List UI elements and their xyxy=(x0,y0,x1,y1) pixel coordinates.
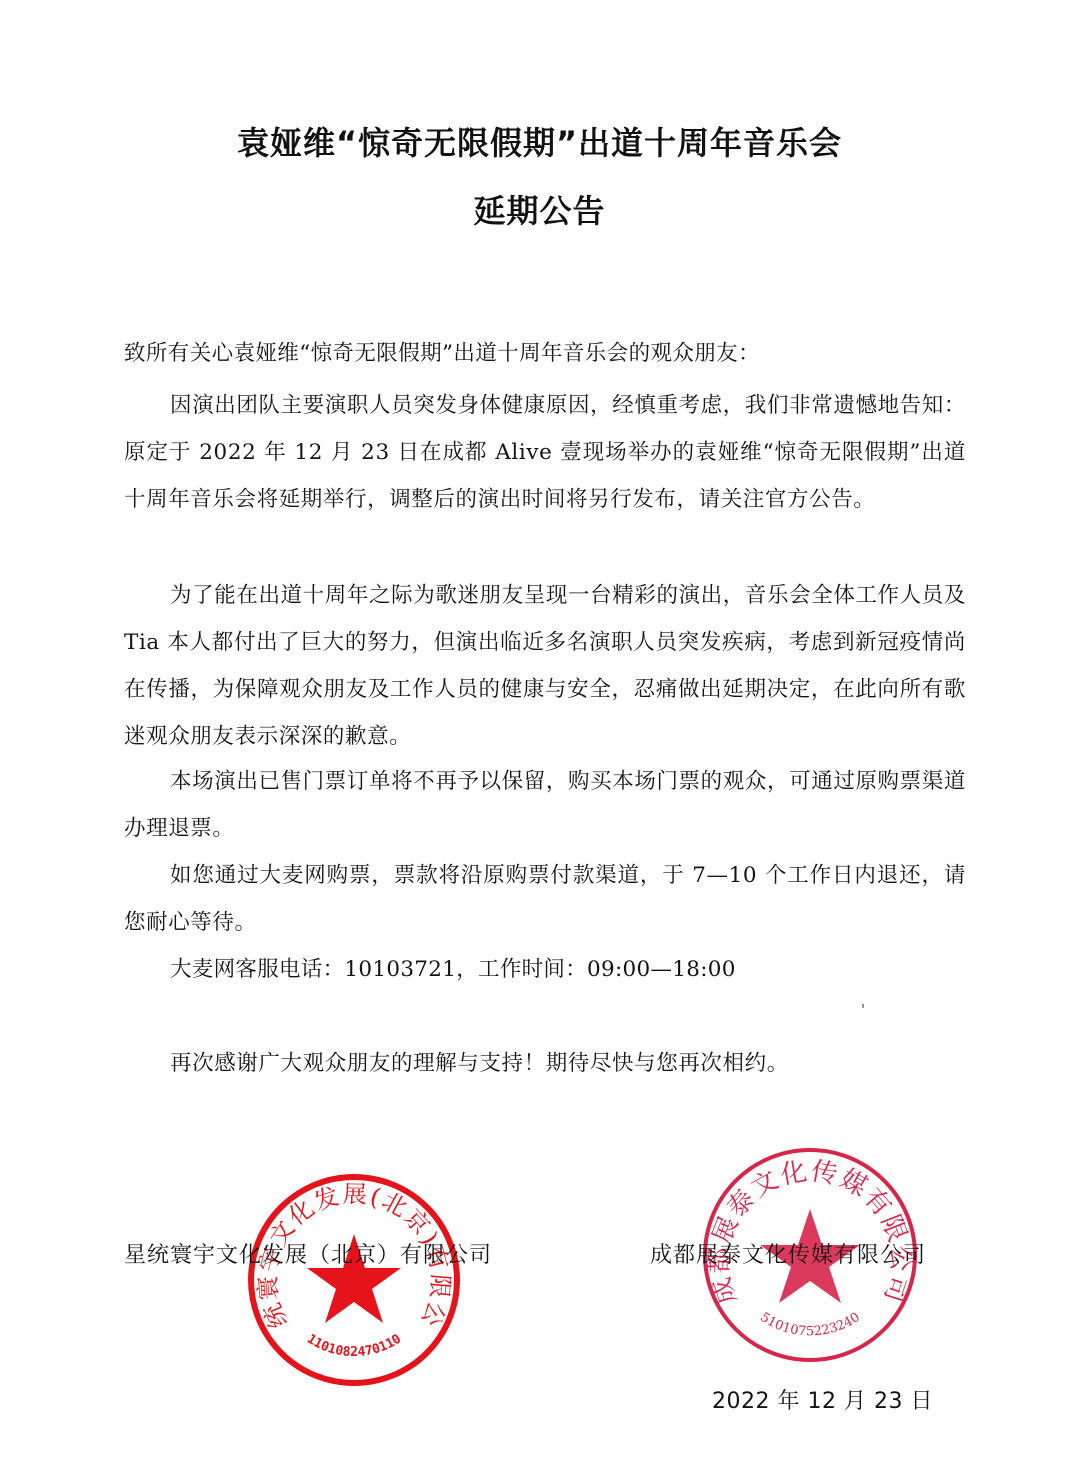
hotline-info: 大麦网客服电话：10103721，工作时间：09:00—18:00 xyxy=(170,952,736,983)
paragraph-text: 本场演出已售门票订单将不再予以保留，购买本场门票的观众，可通过原购票渠道办理退票… xyxy=(124,758,966,852)
announcement-page: 袁娅维“惊奇无限假期”出道十周年音乐会 延期公告 致所有关心袁娅维“惊奇无限假期… xyxy=(0,0,1079,1479)
paragraph-1: 因演出团队主要演职人员突发身体健康原因，经慎重考虑，我们非常遗憾地告知：原定于 … xyxy=(124,382,966,523)
paragraph-4: 如您通过大麦网购票，票款将沿原购票付款渠道，于 7—10 个工作日内退还，请您耐… xyxy=(124,852,966,946)
paragraph-text: 为了能在出道十周年之际为歌迷朋友呈现一台精彩的演出，音乐会全体工作人员及 Tia… xyxy=(124,572,966,760)
svg-text:5101075223240: 5101075223240 xyxy=(757,1310,862,1339)
scan-speck xyxy=(862,1004,864,1008)
paragraph-text: 因演出团队主要演职人员突发身体健康原因，经慎重考虑，我们非常遗憾地告知：原定于 … xyxy=(124,382,966,523)
svg-text:1101082470110: 1101082470110 xyxy=(304,1332,404,1361)
company-seal-1: 星统寰宇文化发展(北京)有限公司 1101082470110 xyxy=(246,1172,462,1388)
document-date: 2022 年 12 月 23 日 xyxy=(712,1384,933,1415)
paragraph-3: 本场演出已售门票订单将不再予以保留，购买本场门票的观众，可通过原购票渠道办理退票… xyxy=(124,758,966,852)
document-title: 袁娅维“惊奇无限假期”出道十周年音乐会 xyxy=(0,118,1079,164)
document-subtitle: 延期公告 xyxy=(0,186,1079,232)
closing-remark: 再次感谢广大观众朋友的理解与支持！期待尽快与您再次相约。 xyxy=(170,1046,789,1077)
paragraph-2: 为了能在出道十周年之际为歌迷朋友呈现一台精彩的演出，音乐会全体工作人员及 Tia… xyxy=(124,572,966,760)
signatory-company-2: 成都展泰文化传媒有限公司 xyxy=(650,1238,926,1269)
seal-1-graphic: 星统寰宇文化发展(北京)有限公司 1101082470110 xyxy=(246,1172,462,1388)
seal-1-code: 1101082470110 xyxy=(304,1332,404,1361)
paragraph-text: 如您通过大麦网购票，票款将沿原购票付款渠道，于 7—10 个工作日内退还，请您耐… xyxy=(124,852,966,946)
seal-2-code: 5101075223240 xyxy=(757,1310,862,1339)
salutation: 致所有关心袁娅维“惊奇无限假期”出道十周年音乐会的观众朋友： xyxy=(124,336,760,367)
signatory-company-1: 星统寰宇文化发展（北京）有限公司 xyxy=(124,1238,492,1269)
